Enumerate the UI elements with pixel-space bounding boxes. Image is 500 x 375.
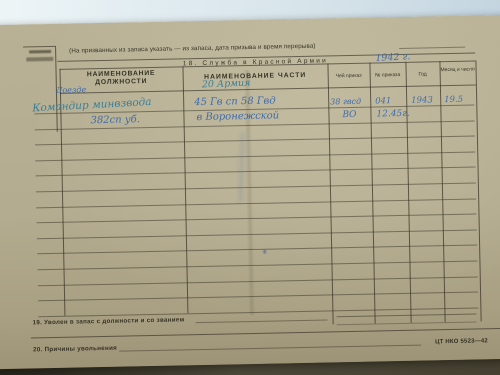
table-row-rule (35, 136, 475, 146)
col-header-whose-order: Чей приказ (328, 73, 370, 80)
section20-fill-line (119, 345, 421, 352)
margin-box-border-top (23, 46, 55, 48)
bottom-cells-rule (337, 321, 477, 325)
table-row-rule (36, 182, 476, 192)
ink-dot (263, 250, 266, 254)
col-header-day-month: Месяц и число (440, 67, 476, 73)
reserve-note-fill-line (399, 47, 465, 49)
ink-smear (238, 132, 244, 202)
section19-label: 19. Уволен в запас с должности и со зван… (33, 316, 185, 326)
row2-whose-order: ВО (342, 110, 356, 120)
column-divider (182, 66, 188, 313)
bottom-cells-rule (337, 313, 477, 317)
table-right-border (475, 60, 481, 321)
illegible-margin-text (26, 57, 53, 62)
table-row-rule (36, 198, 476, 208)
photo-of-document: (На призванных из запаса указать — из за… (0, 0, 500, 375)
row1-day-month: 19.5 (444, 95, 463, 105)
section19-fill-line (196, 319, 328, 323)
print-code: ЦТ НКО 5523—42 (435, 338, 488, 345)
reserve-note-text: (На призванных из запаса указать — из за… (69, 43, 316, 55)
section20-label: 20. Причины увольнения (33, 345, 117, 354)
row1-note-above: Доезде (56, 85, 86, 95)
illegible-margin-text (29, 50, 51, 53)
table-row-rule (37, 245, 477, 255)
table-row-rule (38, 292, 478, 302)
table-row-rule (38, 260, 478, 270)
row1-order-no: 041 (375, 96, 391, 106)
row1-year: 1943 (411, 95, 433, 105)
table-row-rule (37, 214, 477, 224)
table-row-rule (36, 167, 476, 177)
divider-line (31, 328, 500, 339)
col-header-year: Год (406, 71, 440, 78)
col-header-order-no: № приказа (370, 72, 406, 79)
service-record-page: (На призванных из запаса указать — из за… (0, 15, 500, 369)
row1-unit: 45 Гв сп 58 Гвд (194, 95, 276, 108)
row1-whose-order: 38 гвсд (330, 97, 361, 107)
table-row-rule (38, 276, 478, 286)
table-row-rule (35, 151, 475, 161)
row2-order-no: 12.45г. (376, 109, 409, 120)
row2-unit: в Воронежской (196, 110, 279, 123)
table-row-rule (37, 229, 477, 239)
row2-position: 382сп уб. (90, 114, 140, 126)
